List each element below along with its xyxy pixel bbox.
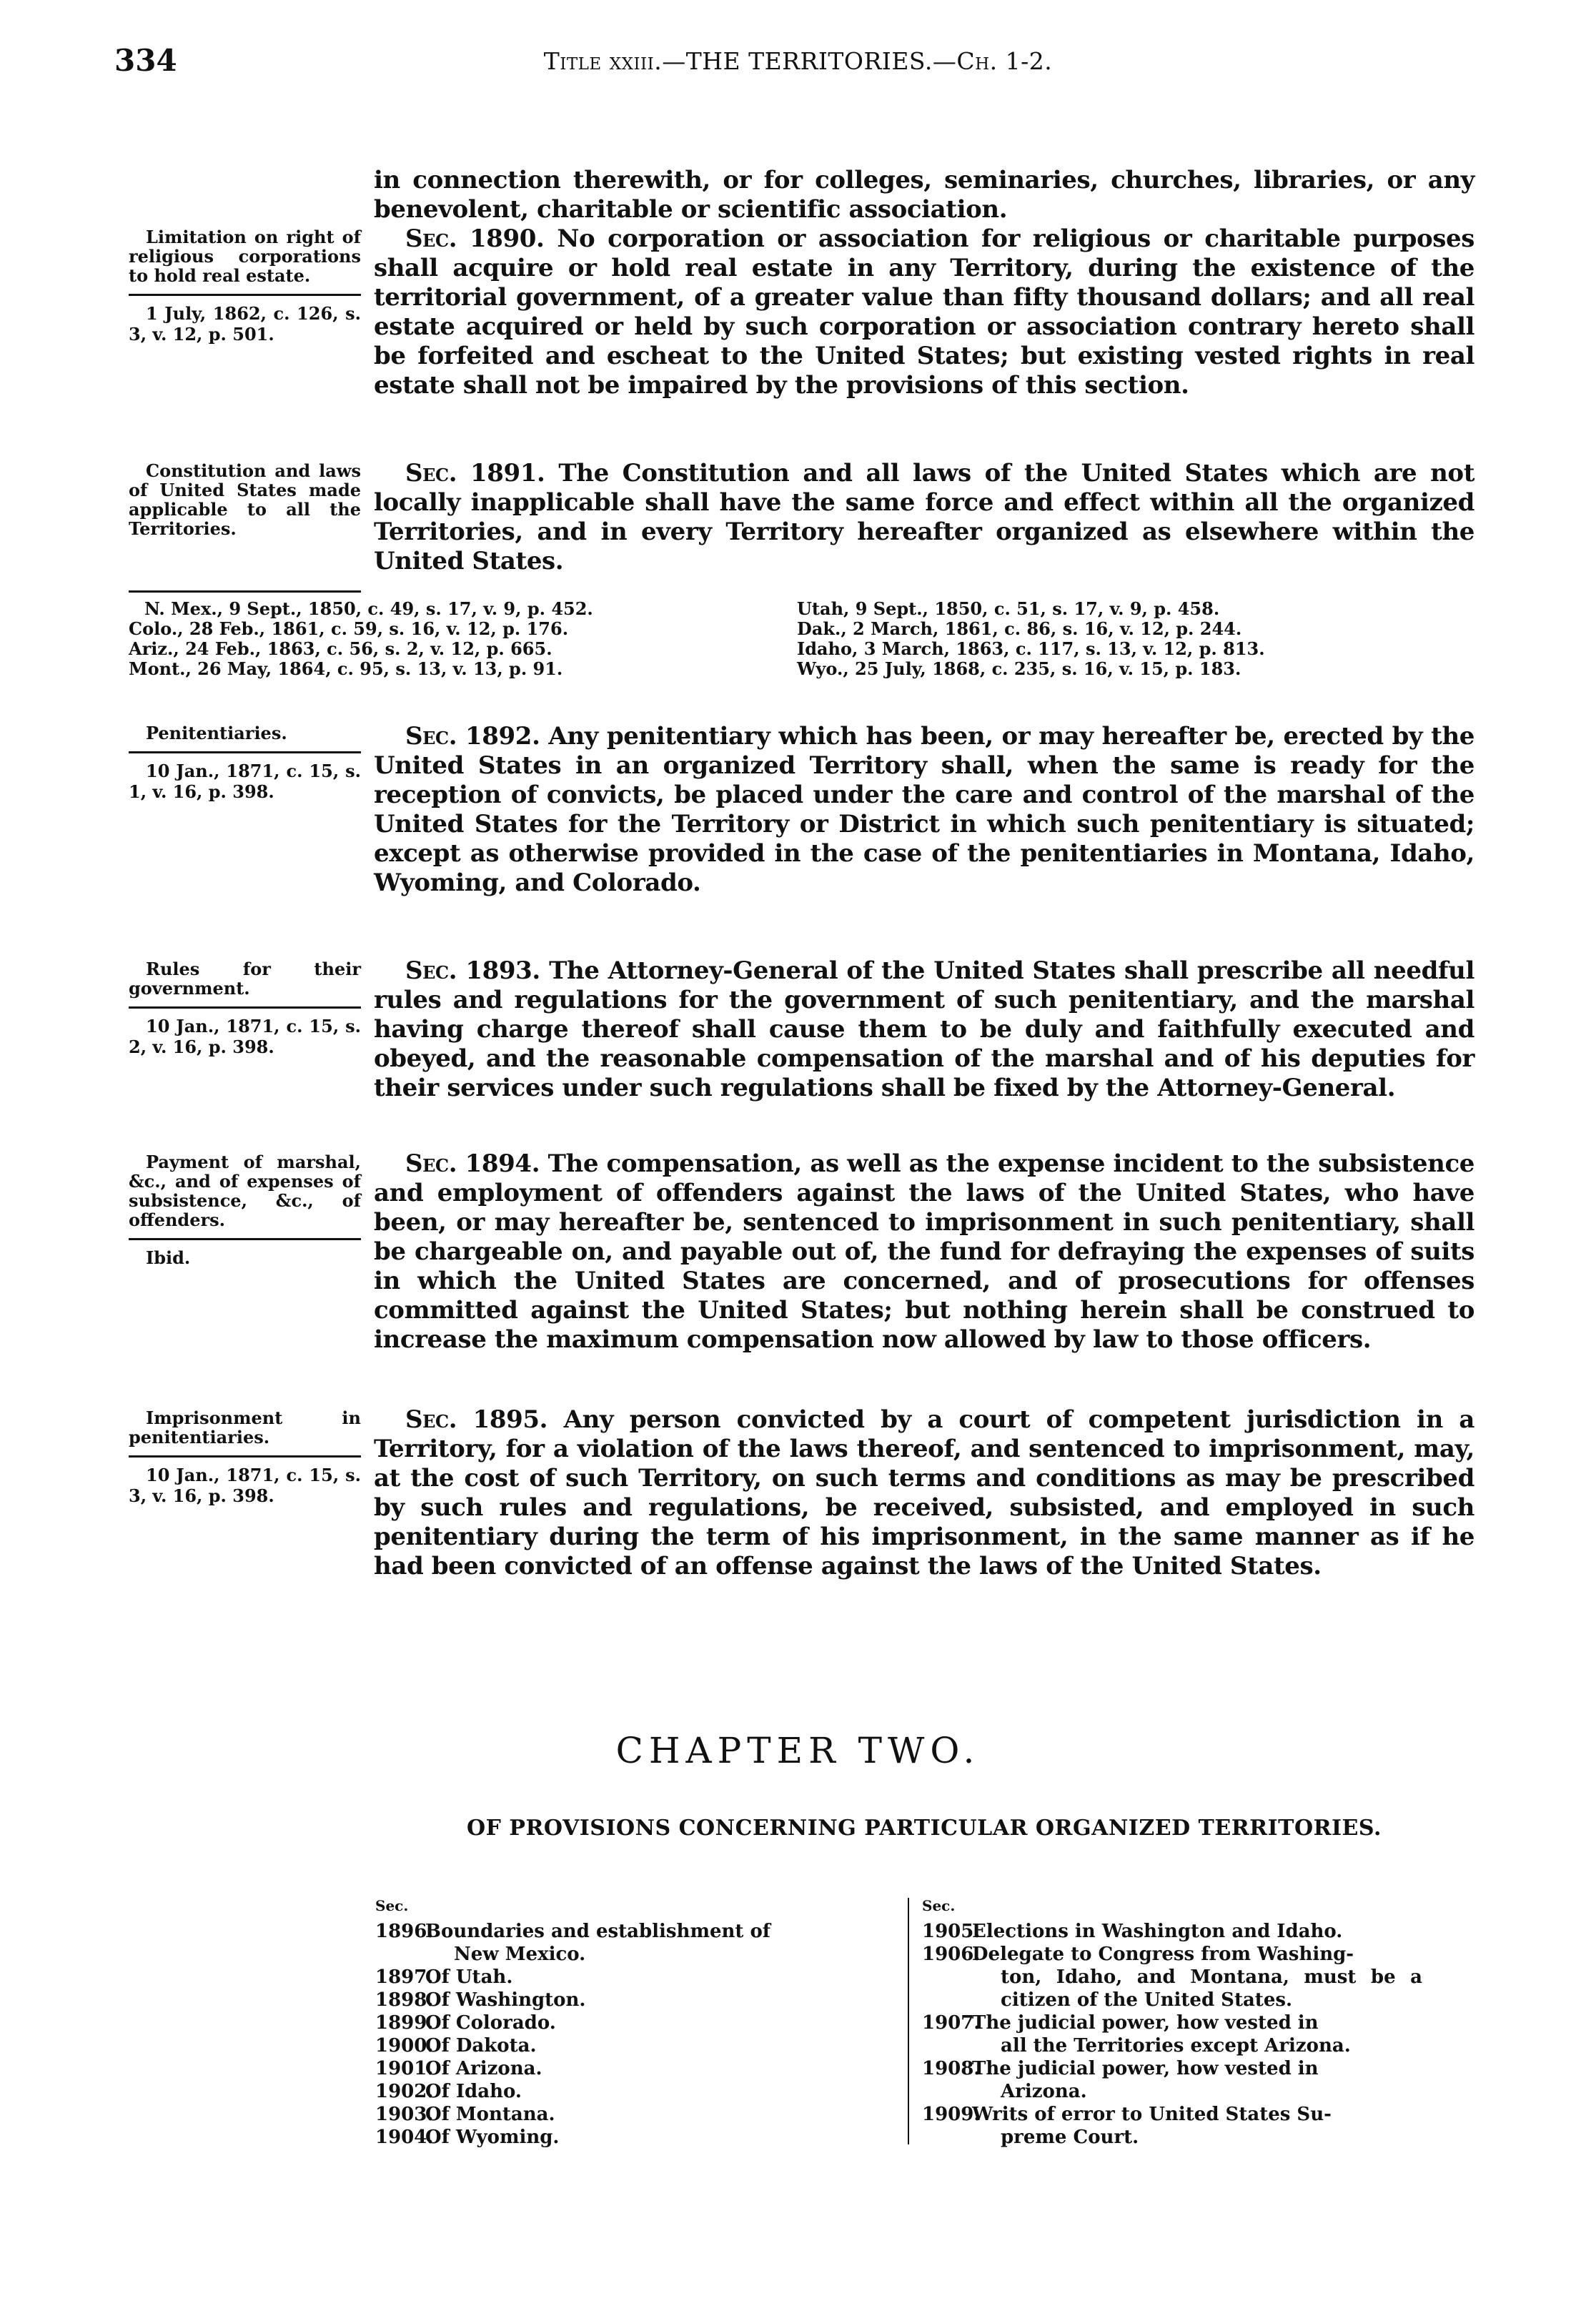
section-body: The compensation, as well as the expense… [374,1149,1474,1354]
toc-section-title: Of Wyoming. [425,2126,897,2149]
toc-section-title: Of Dakota. [425,2034,897,2057]
margin-notes-1894: Payment of marshal, &c., and of expenses… [129,1152,361,1268]
toc-right-column: Sec. 1905.Elections in Washington and Id… [922,1894,1422,2149]
toc-section-title: Writs of error to United States Su-preme… [972,2103,1422,2149]
toc-section-title: Of Idaho. [425,2080,897,2103]
running-head: Title xxiii.—THE TERRITORIES.—Ch. 1-2. [0,47,1596,75]
toc-title-line: The judicial power, how vested in [972,2058,1319,2079]
toc-section-number: 1907. [922,2011,972,2057]
toc-entry: 1897.Of Utah. [375,1966,897,1989]
toc-section-number: 1905. [922,1920,972,1943]
margin-note: Rules for their government. [129,959,361,998]
margin-note: Imprisonment in penitentiaries. [129,1408,361,1447]
running-head-chapter: Ch. 1-2. [956,47,1052,75]
citations-rule [129,590,361,593]
citation-row: N. Mex., 9 Sept., 1850, c. 49, s. 17, v.… [129,599,1272,619]
margin-citation: 10 Jan., 1871, c. 15, s. 1, v. 16, p. 39… [129,761,361,802]
running-head-title: Title xxiii. [544,47,662,75]
toc-section-number: 1909. [922,2103,972,2149]
toc-section-title: Of Utah. [425,1966,897,1989]
continuation-block: in connection therewith, or for colleges… [374,166,1474,224]
margin-rule [129,1006,361,1009]
toc-section-number: 1897. [375,1966,425,1989]
toc-entry: 1906.Delegate to Congress from Washing-t… [922,1943,1422,2011]
section-label: Sec. 1895. [405,1405,547,1434]
toc-title-line: Writs of error to United States Su- [972,2104,1332,2125]
toc-section-number: 1902. [375,2080,425,2103]
margin-rule [129,751,361,753]
section-label: Sec. 1890. [405,224,544,253]
toc-entry: 1898.Of Washington. [375,1989,897,2011]
margin-note: Limitation on right of religious corpora… [129,227,361,285]
section-1890: Sec. 1890. No corporation or association… [374,224,1474,400]
toc-title-continuation: preme Court. [972,2126,1422,2149]
margin-citation: Ibid. [129,1247,361,1268]
toc-title-line: Of Idaho. [425,2081,522,2102]
toc-title-line: Of Wyoming. [425,2127,559,2148]
running-head-main: —THE TERRITORIES.— [662,47,956,75]
toc-entry: 1905.Elections in Washington and Idaho. [922,1920,1422,1943]
citation-row: Ariz., 24 Feb., 1863, c. 56, s. 2, v. 12… [129,639,1272,659]
section-1894: Sec. 1894. The compensation, as well as … [374,1149,1474,1355]
toc-title-continuation: all the Territories except Arizona. [972,2034,1422,2057]
section-1892: Sec. 1892. Any penitentiary which has be… [374,722,1474,898]
section-1893: Sec. 1893. The Attorney-General of the U… [374,956,1474,1103]
chapter-subtitle: OF PROVISIONS CONCERNING PARTICULAR ORGA… [374,1816,1474,1841]
toc-sec-header: Sec. [922,1894,1422,1917]
margin-rule [129,1455,361,1458]
toc-title-line: Elections in Washington and Idaho. [972,1921,1342,1942]
toc-section-number: 1898. [375,1989,425,2011]
section-text: Sec. 1894. The compensation, as well as … [374,1149,1474,1355]
margin-rule [129,294,361,296]
margin-notes-1892: Penitentiaries. 10 Jan., 1871, c. 15, s.… [129,723,361,802]
toc-section-number: 1906. [922,1943,972,2011]
margin-notes-1890: Limitation on right of religious corpora… [129,227,361,345]
page-header: 334 Title xxiii.—THE TERRITORIES.—Ch. 1-… [0,43,1596,86]
toc-section-number: 1900. [375,2034,425,2057]
toc-title-line: The judicial power, how vested in [972,2012,1319,2034]
toc-section-number: 1904. [375,2126,425,2149]
toc-section-number: 1903. [375,2103,425,2126]
toc-section-number: 1899. [375,2011,425,2034]
toc-section-title: The judicial power, how vested inArizona… [972,2057,1422,2103]
toc-section-title: Delegate to Congress from Washing-ton, I… [972,1943,1422,2011]
toc-section-title: Of Colorado. [425,2011,897,2034]
toc-entry: 1900.Of Dakota. [375,2034,897,2057]
section-text: Sec. 1895. Any person convicted by a cou… [374,1405,1474,1581]
citation-row: Colo., 28 Feb., 1861, c. 59, s. 16, v. 1… [129,619,1272,639]
toc-left-column: Sec. 1896.Boundaries and establishment o… [375,1894,897,2149]
section-1891: Sec. 1891. The Constitution and all laws… [374,459,1474,576]
organic-acts-citations: N. Mex., 9 Sept., 1850, c. 49, s. 17, v.… [129,599,1272,679]
toc-entry: 1904.Of Wyoming. [375,2126,897,2149]
section-text: Sec. 1891. The Constitution and all laws… [374,459,1474,576]
section-text: Sec. 1890. No corporation or association… [374,224,1474,400]
toc-section-number: 1908. [922,2057,972,2103]
margin-rule [129,1238,361,1240]
toc-entry: 1902.Of Idaho. [375,2080,897,2103]
toc-title-continuation: Arizona. [972,2080,1422,2103]
margin-notes-1895: Imprisonment in penitentiaries. 10 Jan.,… [129,1408,361,1506]
chapter-title: CHAPTER TWO. [0,1730,1596,1771]
toc-title-line: Of Arizona. [425,2058,542,2079]
toc-section-title: Of Arizona. [425,2057,897,2080]
toc-sec-header: Sec. [375,1894,897,1917]
margin-note: Penitentiaries. [129,723,361,743]
toc-title-line: Of Montana. [425,2104,555,2125]
section-1895: Sec. 1895. Any person convicted by a cou… [374,1405,1474,1581]
toc-section-number: 1896. [375,1920,425,1966]
margin-citation: 1 July, 1862, c. 126, s. 3, v. 12, p. 50… [129,303,361,345]
section-label: Sec. 1893. [405,956,540,985]
toc-title-line: Delegate to Congress from Washing- [972,1944,1354,1965]
margin-notes-1891: Constitution and laws of United States m… [129,461,361,538]
toc-entry: 1899.Of Colorado. [375,2011,897,2034]
toc-title-continuation: New Mexico. [425,1943,897,1966]
toc-section-title: Of Washington. [425,1989,897,2011]
toc-entry: 1903.Of Montana. [375,2103,897,2126]
toc-title-line: Of Washington. [425,1989,585,2011]
toc-title-line: Of Colorado. [425,2012,556,2034]
toc-title-line: Boundaries and establishment of [425,1921,770,1942]
toc-section-title: Boundaries and establishment ofNew Mexic… [425,1920,897,1966]
toc-entry: 1908.The judicial power, how vested inAr… [922,2057,1422,2103]
toc-title-line: Of Dakota. [425,2035,537,2057]
margin-note: Payment of marshal, &c., and of expenses… [129,1152,361,1229]
toc-title-continuation: ton, Idaho, and Montana, must be a citiz… [972,1966,1422,2011]
toc-entry: 1901.Of Arizona. [375,2057,897,2080]
toc-entry: 1909.Writs of error to United States Su-… [922,2103,1422,2149]
toc-section-title: Of Montana. [425,2103,897,2126]
section-label: Sec. 1891. [405,459,545,488]
margin-citation: 10 Jan., 1871, c. 15, s. 2, v. 16, p. 39… [129,1016,361,1057]
continuation-text: in connection therewith, or for colleges… [374,166,1474,224]
margin-notes-1893: Rules for their government. 10 Jan., 187… [129,959,361,1057]
citation-row: Mont., 26 May, 1864, c. 95, s. 13, v. 13… [129,659,1272,679]
section-text: Sec. 1893. The Attorney-General of the U… [374,956,1474,1103]
toc-section-title: Elections in Washington and Idaho. [972,1920,1422,1943]
toc-divider [908,1898,909,2144]
toc-section-title: The judicial power, how vested inall the… [972,2011,1422,2057]
section-text: Sec. 1892. Any penitentiary which has be… [374,722,1474,898]
toc-entry: 1907.The judicial power, how vested inal… [922,2011,1422,2057]
section-label: Sec. 1892. [405,722,540,751]
margin-citation: 10 Jan., 1871, c. 15, s. 3, v. 16, p. 39… [129,1465,361,1506]
margin-note: Constitution and laws of United States m… [129,461,361,538]
toc-section-number: 1901. [375,2057,425,2080]
toc-title-line: Of Utah. [425,1966,512,1988]
section-label: Sec. 1894. [405,1149,540,1178]
toc-entry: 1896.Boundaries and establishment ofNew … [375,1920,897,1966]
